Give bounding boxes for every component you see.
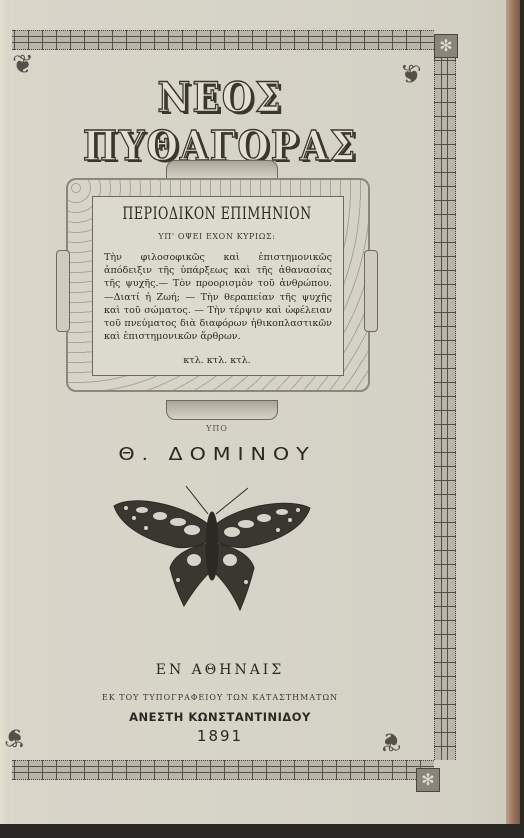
book-spine-edge — [506, 0, 520, 826]
description-etc: κτλ. κτλ. κτλ. — [92, 355, 342, 366]
description-text: Τὴν φιλοσοφικῶς καὶ ἐπιστημονικῶς ἀπόδει… — [104, 251, 332, 343]
city: ΕΝ ΑΘΗΝΑΙΣ — [60, 662, 380, 678]
book-title: ΝΕΟΣ ΠΥΘΑΓΟΡΑΣ — [40, 74, 400, 171]
flourish-icon: ❦ — [4, 724, 26, 750]
flourish-icon: ❦ — [380, 728, 402, 754]
printer: ΕΚ ΤΟΥ ΤΥΠΟΓΡΑΦΕΙΟΥ ΤΩΝ ΚΑΤΑΣΤΗΜΑΤΩΝ — [60, 693, 380, 702]
corner-ornament-icon: ✻ — [416, 768, 440, 792]
by-label: ΥΠΟ — [92, 424, 342, 433]
greek-key-border-bottom — [12, 760, 434, 780]
page-edge — [0, 0, 10, 826]
subtitle: ΠΕΡΙΟΔΙΚΟΝ ΕΠΙΜΗΝΙΟΝ — [92, 204, 342, 223]
tagline: ΥΠ' ΟΨΕΙ ΕΧΟΝ ΚΥΡΙΩΣ: — [92, 232, 342, 241]
scroll-ornament-icon — [166, 160, 278, 180]
flourish-icon: ❦ — [400, 62, 422, 88]
corner-ornament-icon: ✻ — [434, 34, 458, 58]
publication-year: 1891 — [60, 727, 380, 745]
greek-key-border-top — [12, 30, 434, 50]
background-shadow — [0, 824, 524, 838]
greek-key-border-right — [434, 58, 456, 760]
scroll-ornament-icon — [166, 400, 278, 420]
butterfly-icon — [112, 484, 312, 614]
publisher: ΑΝΕΣΤΗ ΚΩΝΣΤΑΝΤΙΝΙΔΟΥ — [60, 710, 380, 724]
scroll-ornament-icon — [56, 250, 70, 332]
author-name: Θ. ΔΟΜΙΝΟΥ — [62, 444, 373, 465]
scroll-ornament-icon — [364, 250, 378, 332]
title-page: ✻ ✻ ❦ ❦ ❦ ❦ ΝΕΟΣ ΠΥΘΑΓΟΡΑΣ ΠΕΡΙΟΔΙΚΟΝ ΕΠ… — [0, 0, 520, 826]
flourish-icon: ❦ — [12, 52, 34, 78]
